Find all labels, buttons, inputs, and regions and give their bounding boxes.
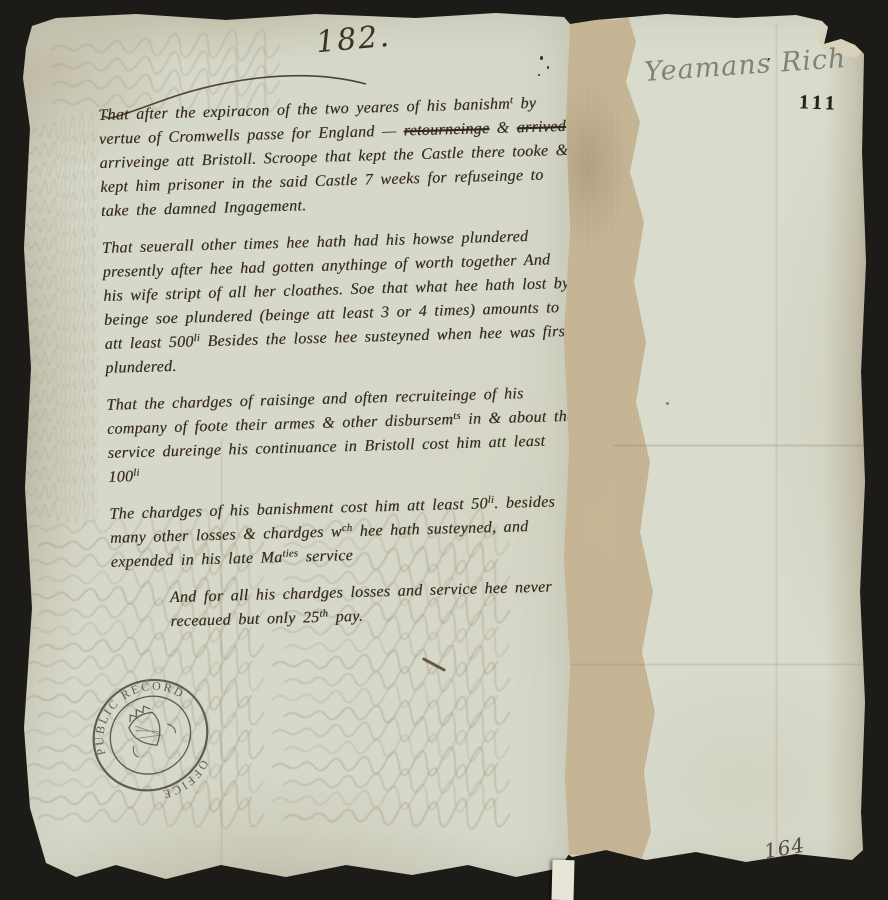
vertical-fold-crease: [776, 24, 777, 854]
binding-guard-tab: [551, 860, 574, 900]
glue-stain-strip: [556, 12, 664, 862]
ink-speck: [666, 402, 669, 405]
manuscript-right-page: Yeamans Rich 111 164: [556, 12, 870, 870]
ink-speck: [538, 74, 540, 76]
manuscript-left-page: 182. That after the expiracon of the two…: [16, 8, 572, 890]
page-number: 182.: [315, 19, 393, 60]
manuscript-paragraph: That seuerall other times hee hath had h…: [102, 224, 578, 381]
manuscript-paragraph: And for all his chardges losses and serv…: [169, 575, 584, 635]
manuscript-text: That after the expiracon of the two year…: [98, 91, 585, 649]
horizontal-fold-crease: [556, 664, 864, 665]
manuscript-paragraph: That after the expiracon of the two year…: [98, 91, 573, 224]
folio-stamp-number: 111: [799, 91, 840, 115]
ink-speck: [540, 56, 543, 60]
manuscript-paragraph: That the chardges of raisinge and often …: [106, 381, 580, 490]
ink-speck: [768, 58, 770, 60]
folio-number: 164: [762, 833, 807, 864]
manuscript-paragraph: The chardges of his banishment cost him …: [109, 490, 583, 575]
photograph-background: 182. That after the expiracon of the two…: [0, 0, 888, 900]
ink-speck: [547, 66, 549, 69]
archival-annotation: Yeamans Rich: [643, 43, 847, 88]
horizontal-fold-crease: [614, 445, 864, 446]
left-page-crease: [221, 438, 222, 868]
